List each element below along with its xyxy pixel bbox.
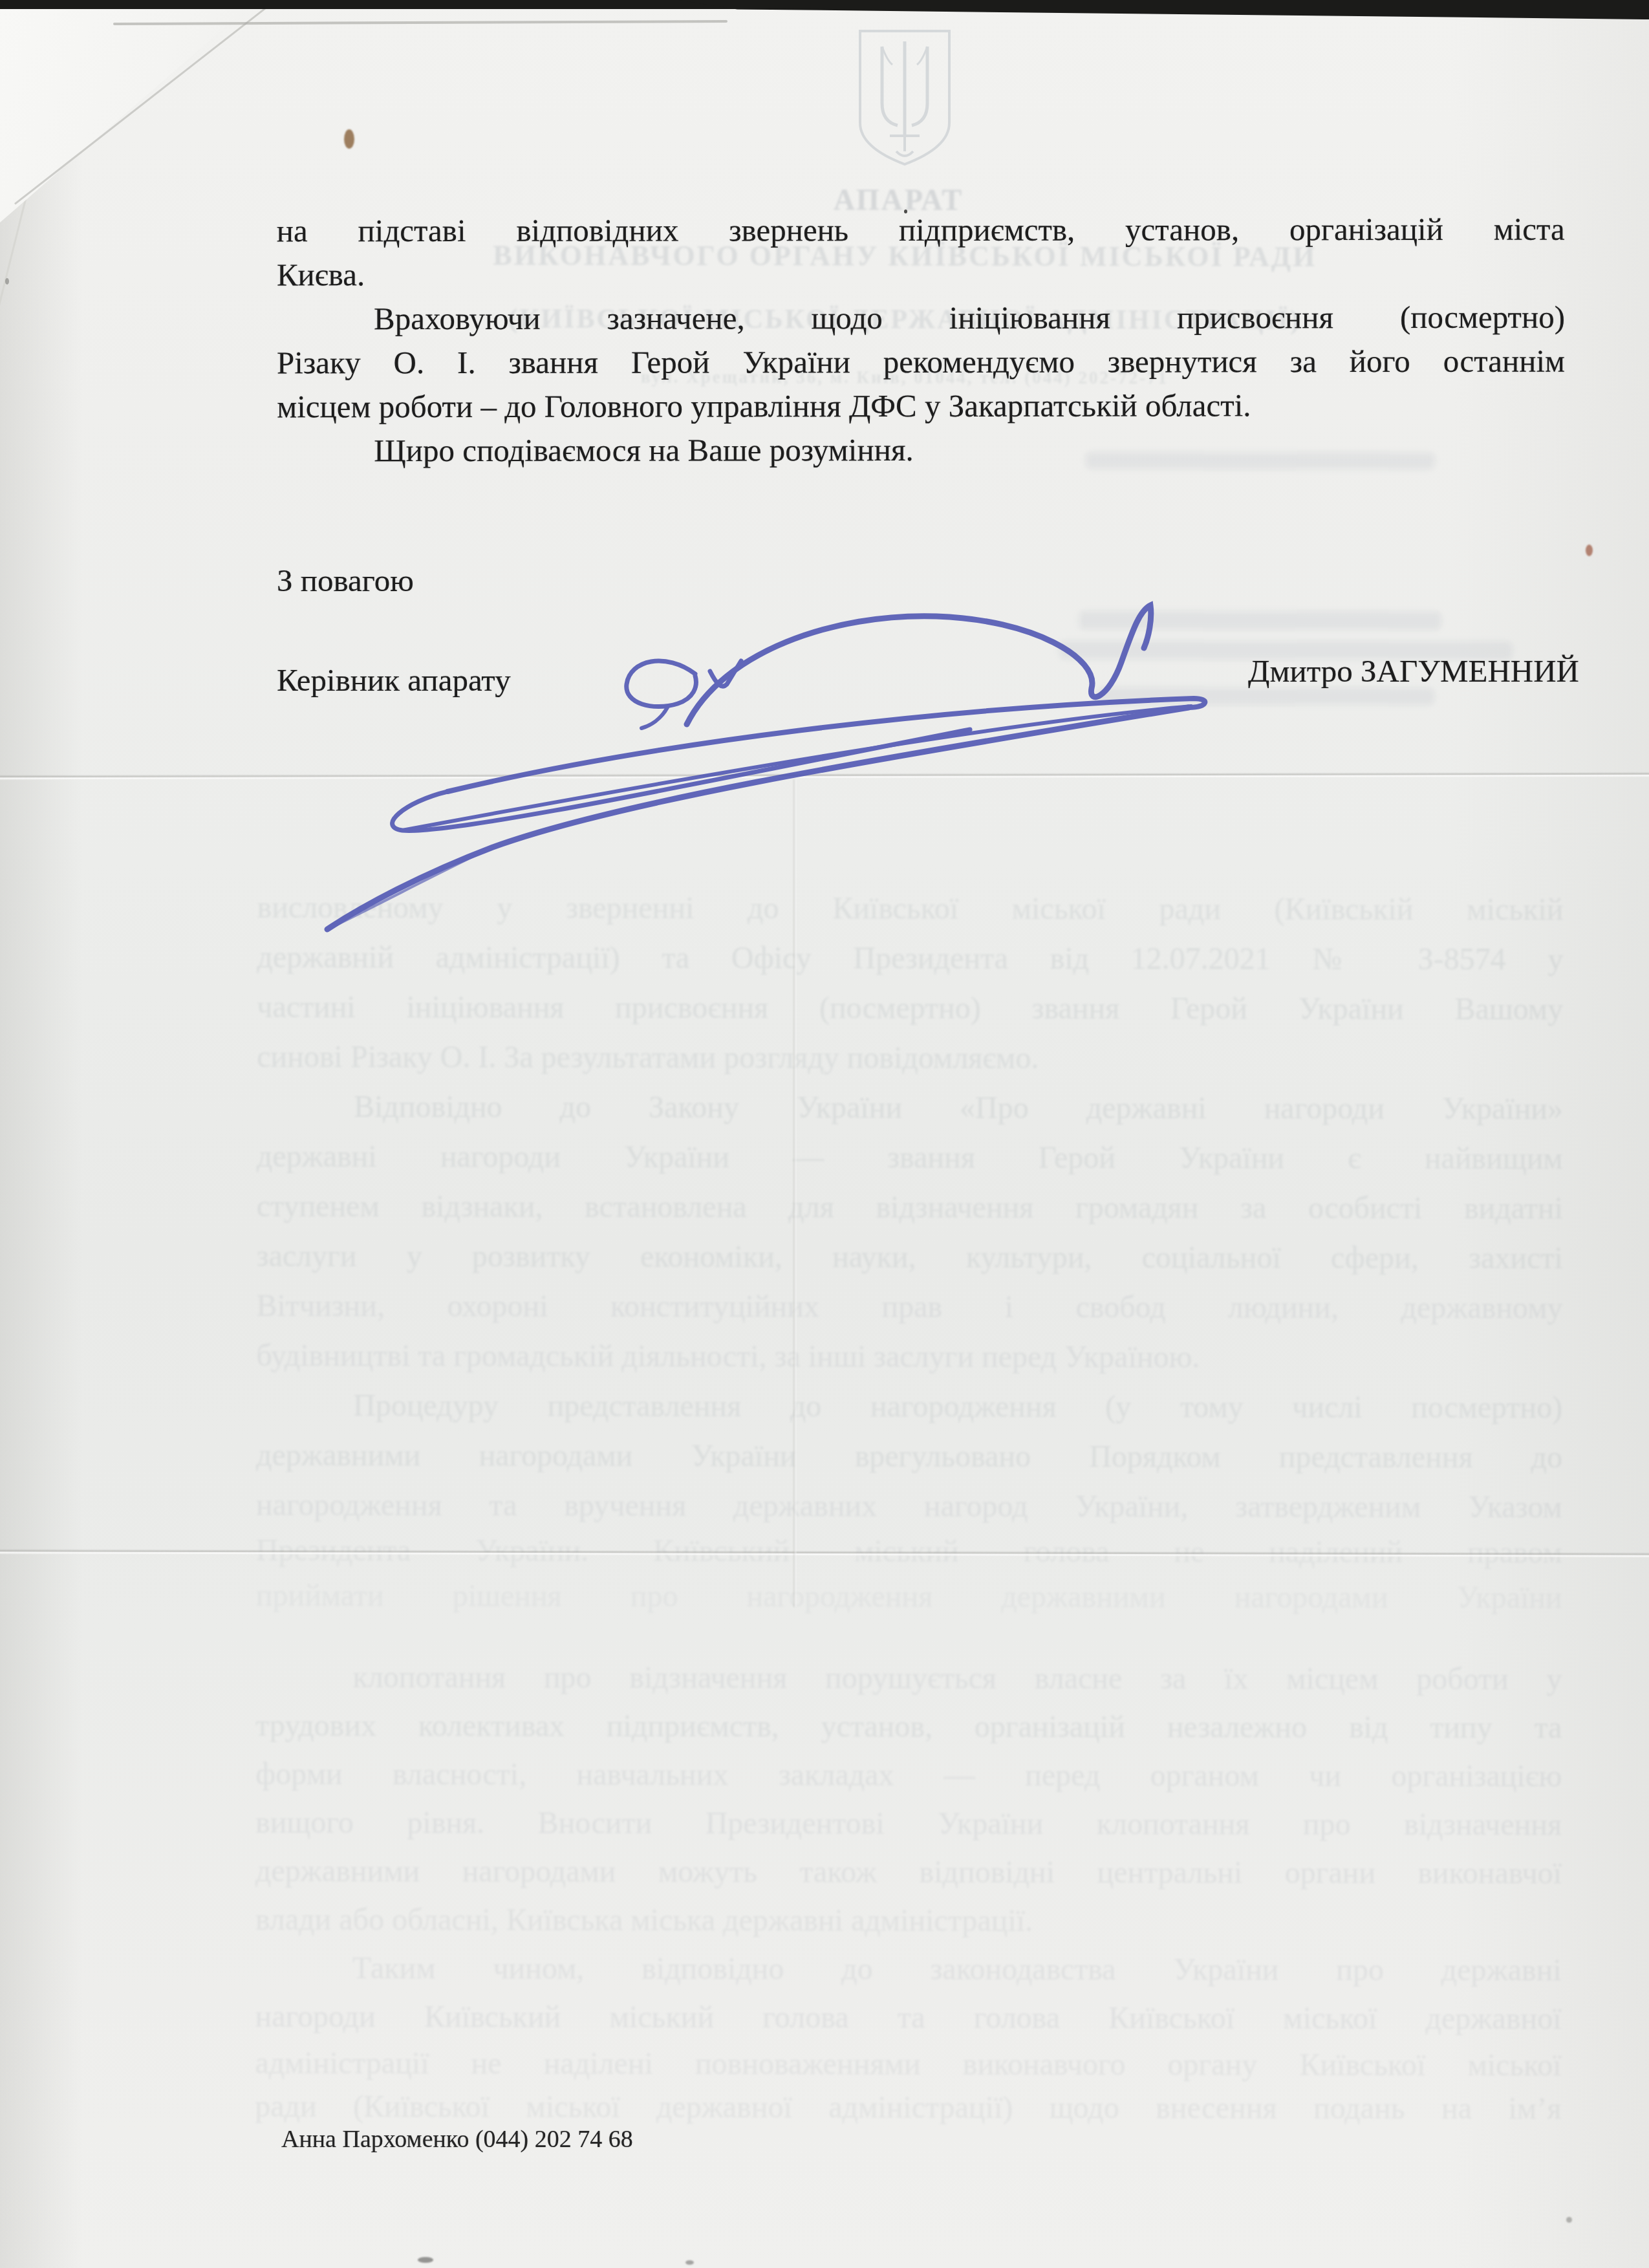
scanned-letter-page: АПАРАТВИКОНАВЧОГО ОРГАНУ КИЇВСЬКОЇ МІСЬК… [0,0,1649,2268]
signature-ink [0,0,1649,2268]
